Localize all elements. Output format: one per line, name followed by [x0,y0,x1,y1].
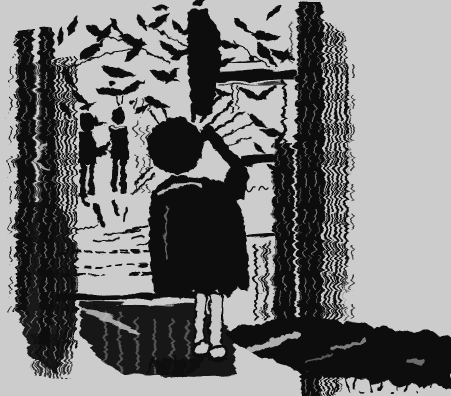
girl-head [146,117,202,173]
girl-leg [194,291,205,344]
illustration-canvas [0,0,451,396]
child-right-head [110,107,124,124]
girl-dress [148,174,247,298]
gate-stick-1 [229,82,230,112]
board-edge-heavy [56,292,192,296]
gate-underline [216,81,280,82]
right-edge-mark [288,20,289,60]
girl-leg [208,291,221,350]
rail-low [244,231,270,233]
child-right-leg [119,158,125,192]
joined-hands [98,146,105,153]
left-bottom-fringe [30,330,72,375]
baluster-2 [263,243,264,318]
child-left-foot [86,190,95,194]
inner-post [271,140,293,332]
illustration [0,0,451,396]
child-right-leg [110,158,117,190]
right-fringe [342,60,352,340]
gate-stick-2 [235,84,236,106]
child-left-leg [79,163,85,194]
baluster-1 [253,242,254,316]
child-left-leg [87,163,94,191]
